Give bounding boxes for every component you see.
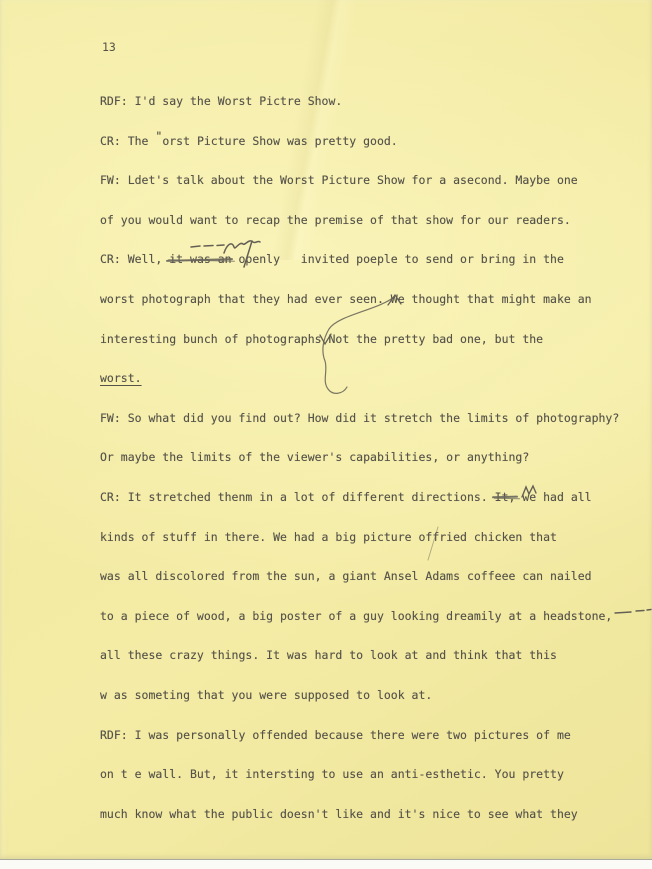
typed-text: interesting bunch of photographs Not the… [100,332,543,346]
scanned-document: { "page": { "number": "13", "paper_color… [0,0,652,869]
typed-text: to a piece of wood, a big poster of a gu… [100,609,612,623]
typed-text: w as someting that you were supposed to … [100,688,432,702]
transcript-line: of you would want to recap the premise o… [100,201,652,241]
typed-text: RDF: I'd say the Worst Pictre Show. [100,94,342,108]
typed-text: was all discolored from the sun, a giant… [100,569,592,583]
typed-text: kinds of stuff in there. We had a big pi… [100,530,557,544]
transcript-line: Or maybe the limits of the viewer's capa… [100,438,652,478]
transcript-line: FW: Ldet's talk about the Worst Picture … [100,161,652,201]
struck-text: it was an [169,252,231,266]
typed-text: openly invited poeple to send or bring i… [232,252,564,266]
transcript-line: RDF: I'd say the Worst Pictre Show. [100,82,652,122]
mistyped-superscript-quote: " [155,129,162,143]
typed-text: CR: Well, [100,252,169,266]
transcript-line: to a piece of wood, a big poster of a gu… [100,597,652,637]
typed-text: all these crazy things. It was hard to l… [100,648,557,662]
typed-text: Or maybe the limits of the viewer's capa… [100,450,529,464]
transcript-line: RDF: I was personally offended because t… [100,716,652,756]
typed-text: much know what the public doesn't like a… [100,807,578,821]
typed-text: of you would want to recap the premise o… [100,213,571,227]
typewritten-page: 13 RDF: I'd say the Worst Pictre Show. C… [0,0,652,860]
typed-text: worst photograph that they had ever seen… [100,292,592,306]
typed-text: on t e wall. But, it intersting to use a… [100,767,564,781]
typed-text: FW: So what did you find out? How did it… [100,411,619,425]
typed-text: orst Picture Show was pretty good. [162,134,397,148]
transcript-line: much know what the public doesn't like a… [100,795,652,835]
transcript-line: interesting bunch of photographs Not the… [100,320,652,360]
typed-text: CR: It stretched thenm in a lot of diffe… [100,490,495,504]
transcript-line: worst. [100,359,652,399]
transcript-line: w as someting that you were supposed to … [100,676,652,716]
transcript-line: CR: Well, it was an openly invited poepl… [100,240,652,280]
underlined-text: worst. [100,371,142,385]
typed-text: we had all [515,490,591,504]
transcript-line: worst photograph that they had ever seen… [100,280,652,320]
typed-text: RDF: I was personally offended because t… [100,728,571,742]
transcript-line: all these crazy things. It was hard to l… [100,636,652,676]
transcript-line: kinds of stuff in there. We had a big pi… [100,518,652,558]
transcript-block: RDF: I'd say the Worst Pictre Show. CR: … [100,82,652,834]
struck-text: It, [495,490,516,504]
transcript-line: CR: It stretched thenm in a lot of diffe… [100,478,652,518]
transcript-line: on t e wall. But, it intersting to use a… [100,755,652,795]
page-number: 13 [102,40,116,54]
typed-text: CR: The [100,134,155,148]
transcript-line: was all discolored from the sun, a giant… [100,557,652,597]
transcript-line: CR: The "orst Picture Show was pretty go… [100,122,652,162]
transcript-line: FW: So what did you find out? How did it… [100,399,652,439]
typed-text: FW: Ldet's talk about the Worst Picture … [100,173,578,187]
